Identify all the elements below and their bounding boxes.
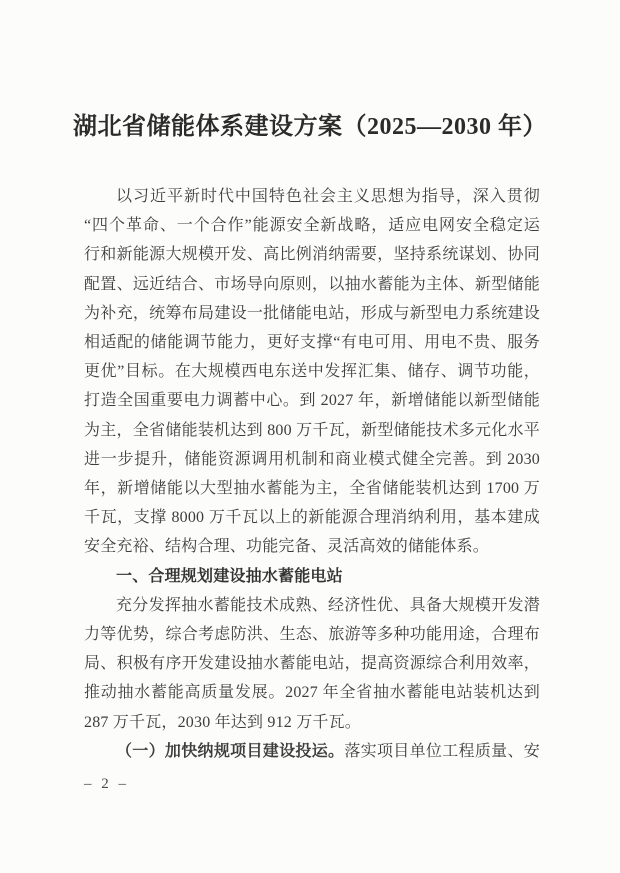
text-line-15: 充分发挥抽水蓄能技术成熟、经济性优、具备大规模开发潜 [84, 591, 540, 620]
text-line-12: 千瓦，支撑 8000 万千瓦以上的新能源合理消纳利用，基本建成 [84, 503, 540, 532]
text-line-8: 打造全国重要电力调蓄中心。到 2027 年，新增储能以新型储能 [84, 386, 540, 415]
text-line-17: 局、积极有序开发建设抽水蓄能电站，提高资源综合利用效率， [84, 649, 540, 678]
document-page: 湖北省储能体系建设方案（2025—2030 年） 以习近平新时代中国特色社会主义… [0, 0, 620, 873]
text-line-20: （一）加快纳规项目建设投运。落实项目单位工程质量、安 [84, 737, 540, 766]
text-line-16: 力等优势，综合考虑防洪、生态、旅游等多种功能用途，合理布 [84, 620, 540, 649]
text-line-6: 相适配的储能调节能力，更好支撑“有电可用、用电不贵、服务 [84, 328, 540, 357]
text-line-5: 为补充，统筹布局建设一批储能电站，形成与新型电力系统建设 [84, 299, 540, 328]
text-line-19: 287 万千瓦，2030 年达到 912 万千瓦。 [84, 708, 540, 737]
document-title: 湖北省储能体系建设方案（2025—2030 年） [0, 106, 620, 141]
text-line-9: 为主，全省储能装机达到 800 万千瓦，新型储能技术多元化水平 [84, 416, 540, 445]
text-line-13: 安全充裕、结构合理、功能完备、灵活高效的储能体系。 [84, 532, 540, 561]
text-line-1: 以习近平新时代中国特色社会主义思想为指导，深入贯彻 [84, 182, 540, 211]
text-line-11: 年，新增储能以大型抽水蓄能为主，全省储能装机达到 1700 万 [84, 474, 540, 503]
text-line-2: “四个革命、一个合作”能源安全新战略，适应电网安全稳定运 [84, 211, 540, 240]
page-number: – 2 – [84, 776, 129, 793]
item-heading-lead: （一）加快纳规项目建设投运。 [116, 743, 344, 760]
text-line-10: 进一步提升，储能资源调用机制和商业模式健全完善。到 2030 [84, 445, 540, 474]
text-line-7: 更优”目标。在大规模西电东送中发挥汇集、储存、调节功能， [84, 357, 540, 386]
section-heading: 一、合理规划建设抽水蓄能电站 [84, 562, 540, 591]
text-line-3: 行和新能源大规模开发、高比例消纳需要，坚持系统谋划、协同 [84, 240, 540, 269]
text-line-18: 推动抽水蓄能高质量发展。2027 年全省抽水蓄能电站装机达到 [84, 678, 540, 707]
document-body: 以习近平新时代中国特色社会主义思想为指导，深入贯彻“四个革命、一个合作”能源安全… [84, 182, 540, 766]
text-line-4: 配置、远近结合、市场导向原则，以抽水蓄能为主体、新型储能 [84, 270, 540, 299]
